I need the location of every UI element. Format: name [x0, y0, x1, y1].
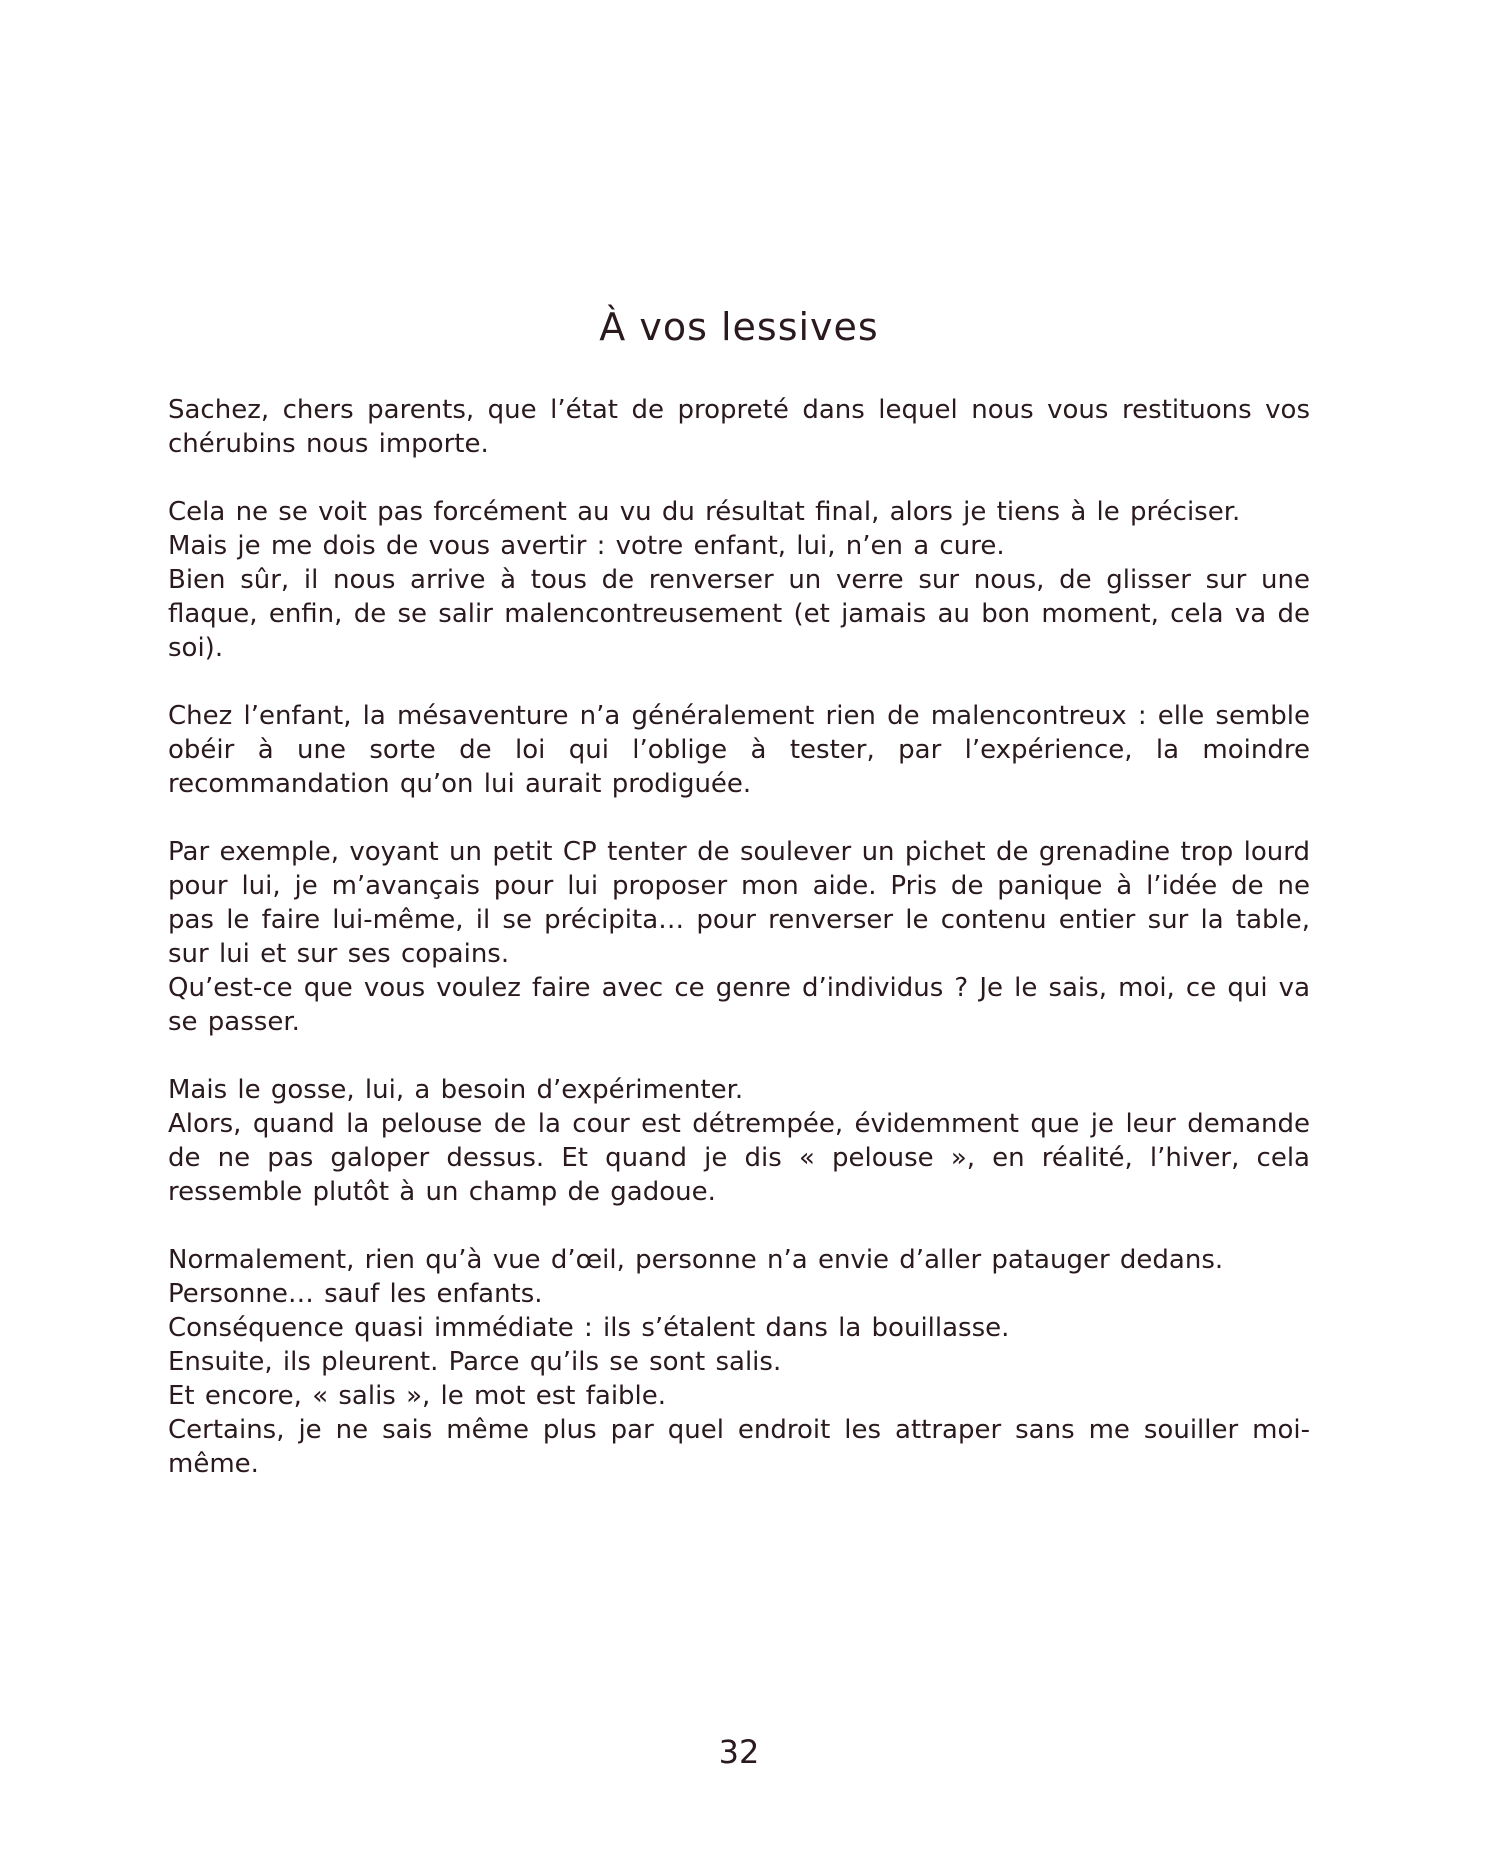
text-block: Et encore, « salis », le mot est faible. — [168, 1379, 1310, 1413]
text-block: Conséquence quasi immédiate : ils s’étal… — [168, 1311, 1310, 1345]
text-block: Mais le gosse, lui, a besoin d’expérimen… — [168, 1073, 1310, 1107]
body-text: Sachez, chers parents, que l’état de pro… — [168, 393, 1310, 1481]
page-number: 32 — [168, 1732, 1310, 1772]
text-block: Normalement, rien qu’à vue d’œil, person… — [168, 1243, 1310, 1277]
page-title: À vos lessives — [168, 303, 1310, 351]
text-block: Qu’est-ce que vous voulez faire avec ce … — [168, 971, 1310, 1039]
paragraph: Normalement, rien qu’à vue d’œil, person… — [168, 1243, 1310, 1481]
paragraph: Chez l’enfant, la mésaventure n’a généra… — [168, 699, 1310, 801]
text-block: Certains, je ne sais même plus par quel … — [168, 1413, 1310, 1481]
paragraph: Sachez, chers parents, que l’état de pro… — [168, 393, 1310, 461]
text-block: Par exemple, voyant un petit CP tenter d… — [168, 835, 1310, 971]
paragraph: Par exemple, voyant un petit CP tenter d… — [168, 835, 1310, 1039]
text-block: Alors, quand la pelouse de la cour est d… — [168, 1107, 1310, 1209]
text-block: Ensuite, ils pleurent. Parce qu’ils se s… — [168, 1345, 1310, 1379]
page-content: À vos lessives Sachez, chers parents, qu… — [168, 0, 1310, 1481]
text-block: Mais je me dois de vous avertir : votre … — [168, 529, 1310, 563]
text-block: Chez l’enfant, la mésaventure n’a généra… — [168, 699, 1310, 801]
text-block: Personne… sauf les enfants. — [168, 1277, 1310, 1311]
text-block: Cela ne se voit pas forcément au vu du r… — [168, 495, 1310, 529]
text-block: Bien sûr, il nous arrive à tous de renve… — [168, 563, 1310, 665]
paragraph: Mais le gosse, lui, a besoin d’expérimen… — [168, 1073, 1310, 1209]
text-block: Sachez, chers parents, que l’état de pro… — [168, 393, 1310, 461]
paragraph: Cela ne se voit pas forcément au vu du r… — [168, 495, 1310, 665]
book-page: À vos lessives Sachez, chers parents, qu… — [0, 0, 1500, 1850]
